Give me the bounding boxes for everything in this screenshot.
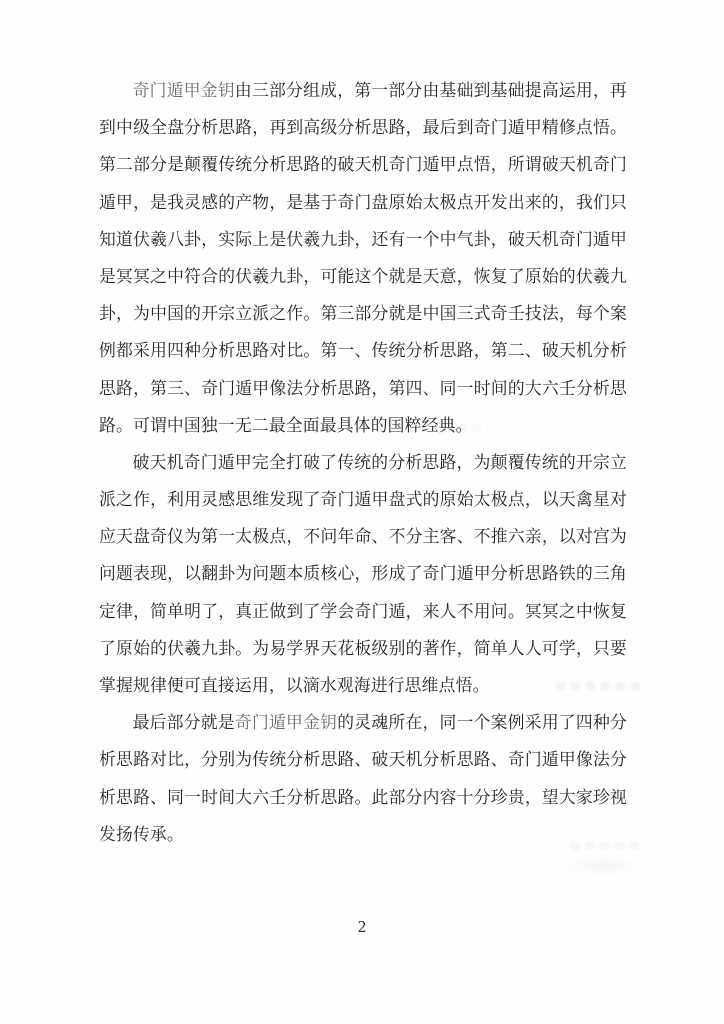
text-line: 思路，第三、奇门遁甲像法分析思路，第四、同一时间的大六壬分析思 (99, 370, 627, 407)
book-title-emphasis: 奇门遁甲金钥 (235, 713, 337, 732)
text-line: 遁甲，是我灵感的产物，是基于奇门盘原始太极点开发出来的，我们只 (99, 184, 627, 221)
text-line: 例都采用四种分析思路对比。第一、传统分析思路，第二、破天机分析 (99, 332, 627, 369)
scan-artifact-bottom-right-2 (560, 856, 646, 876)
text-line: 析思路、同一时间大六壬分析思路。此部分内容十分珍贵，望大家珍视 (99, 779, 627, 816)
text-line: 问题表现，以翻卦为问题本质核心，形成了奇门遁甲分析思路铁的三角 (99, 555, 627, 592)
text-line: 发扬传承。 (99, 816, 627, 853)
text-line: 了原始的伏羲九卦。为易学界天花板级别的著作，简单人人可学，只要 (99, 630, 627, 667)
text-line: 卦，为中国的开宗立派之作。第三部分就是中国三式奇壬技法，每个案 (99, 295, 627, 332)
text-line: 知道伏羲八卦，实际上是伏羲九卦，还有一个中气卦，破天机奇门遁甲 (99, 221, 627, 258)
text-line: 破天机奇门遁甲完全打破了传统的分析思路，为颠覆传统的开宗立 (99, 444, 627, 481)
book-title-emphasis: 奇门遁甲金钥 (133, 81, 235, 100)
text-line: 定律，简单明了，真正做到了学会奇门遁，来人不用问。冥冥之中恢复 (99, 593, 627, 630)
text-line: 到中级全盘分析思路，再到高级分析思路，最后到奇门遁甲精修点悟。 (99, 109, 627, 146)
text-line: 掌握规律便可直接运用，以滴水观海进行思维点悟。 (99, 667, 627, 704)
text-line: 奇门遁甲金钥由三部分组成，第一部分由基础到基础提高运用，再 (99, 72, 627, 109)
text-line: 应天盘奇仪为第一太极点，不问年命、不分主客、不推六亲，以对宫为 (99, 518, 627, 555)
text-line: 派之作，利用灵感思维发现了奇门遁甲盘式的原始太极点，以天禽星对 (99, 481, 627, 518)
text-line: 第二部分是颠覆传统分析思路的破天机奇门遁甲点悟，所谓破天机奇门 (99, 146, 627, 183)
text-line: 路。可谓中国独一无二最全面最具体的国粹经典。 (99, 407, 627, 444)
text-line: 析思路对比，分别为传统分析思路、破天机分析思路、奇门遁甲像法分 (99, 741, 627, 778)
text-line: 是冥冥之中符合的伏羲九卦，可能这个就是天意，恢复了原始的伏羲九 (99, 258, 627, 295)
text-line: 最后部分就是奇门遁甲金钥的灵魂所在，同一个案例采用了四种分 (99, 704, 627, 741)
page-text: 奇门遁甲金钥由三部分组成，第一部分由基础到基础提高运用，再到中级全盘分析思路，再… (99, 72, 627, 853)
page-number: 2 (0, 908, 724, 945)
document-page: 奇门遁甲金钥由三部分组成，第一部分由基础到基础提高运用，再到中级全盘分析思路，再… (0, 0, 724, 1024)
